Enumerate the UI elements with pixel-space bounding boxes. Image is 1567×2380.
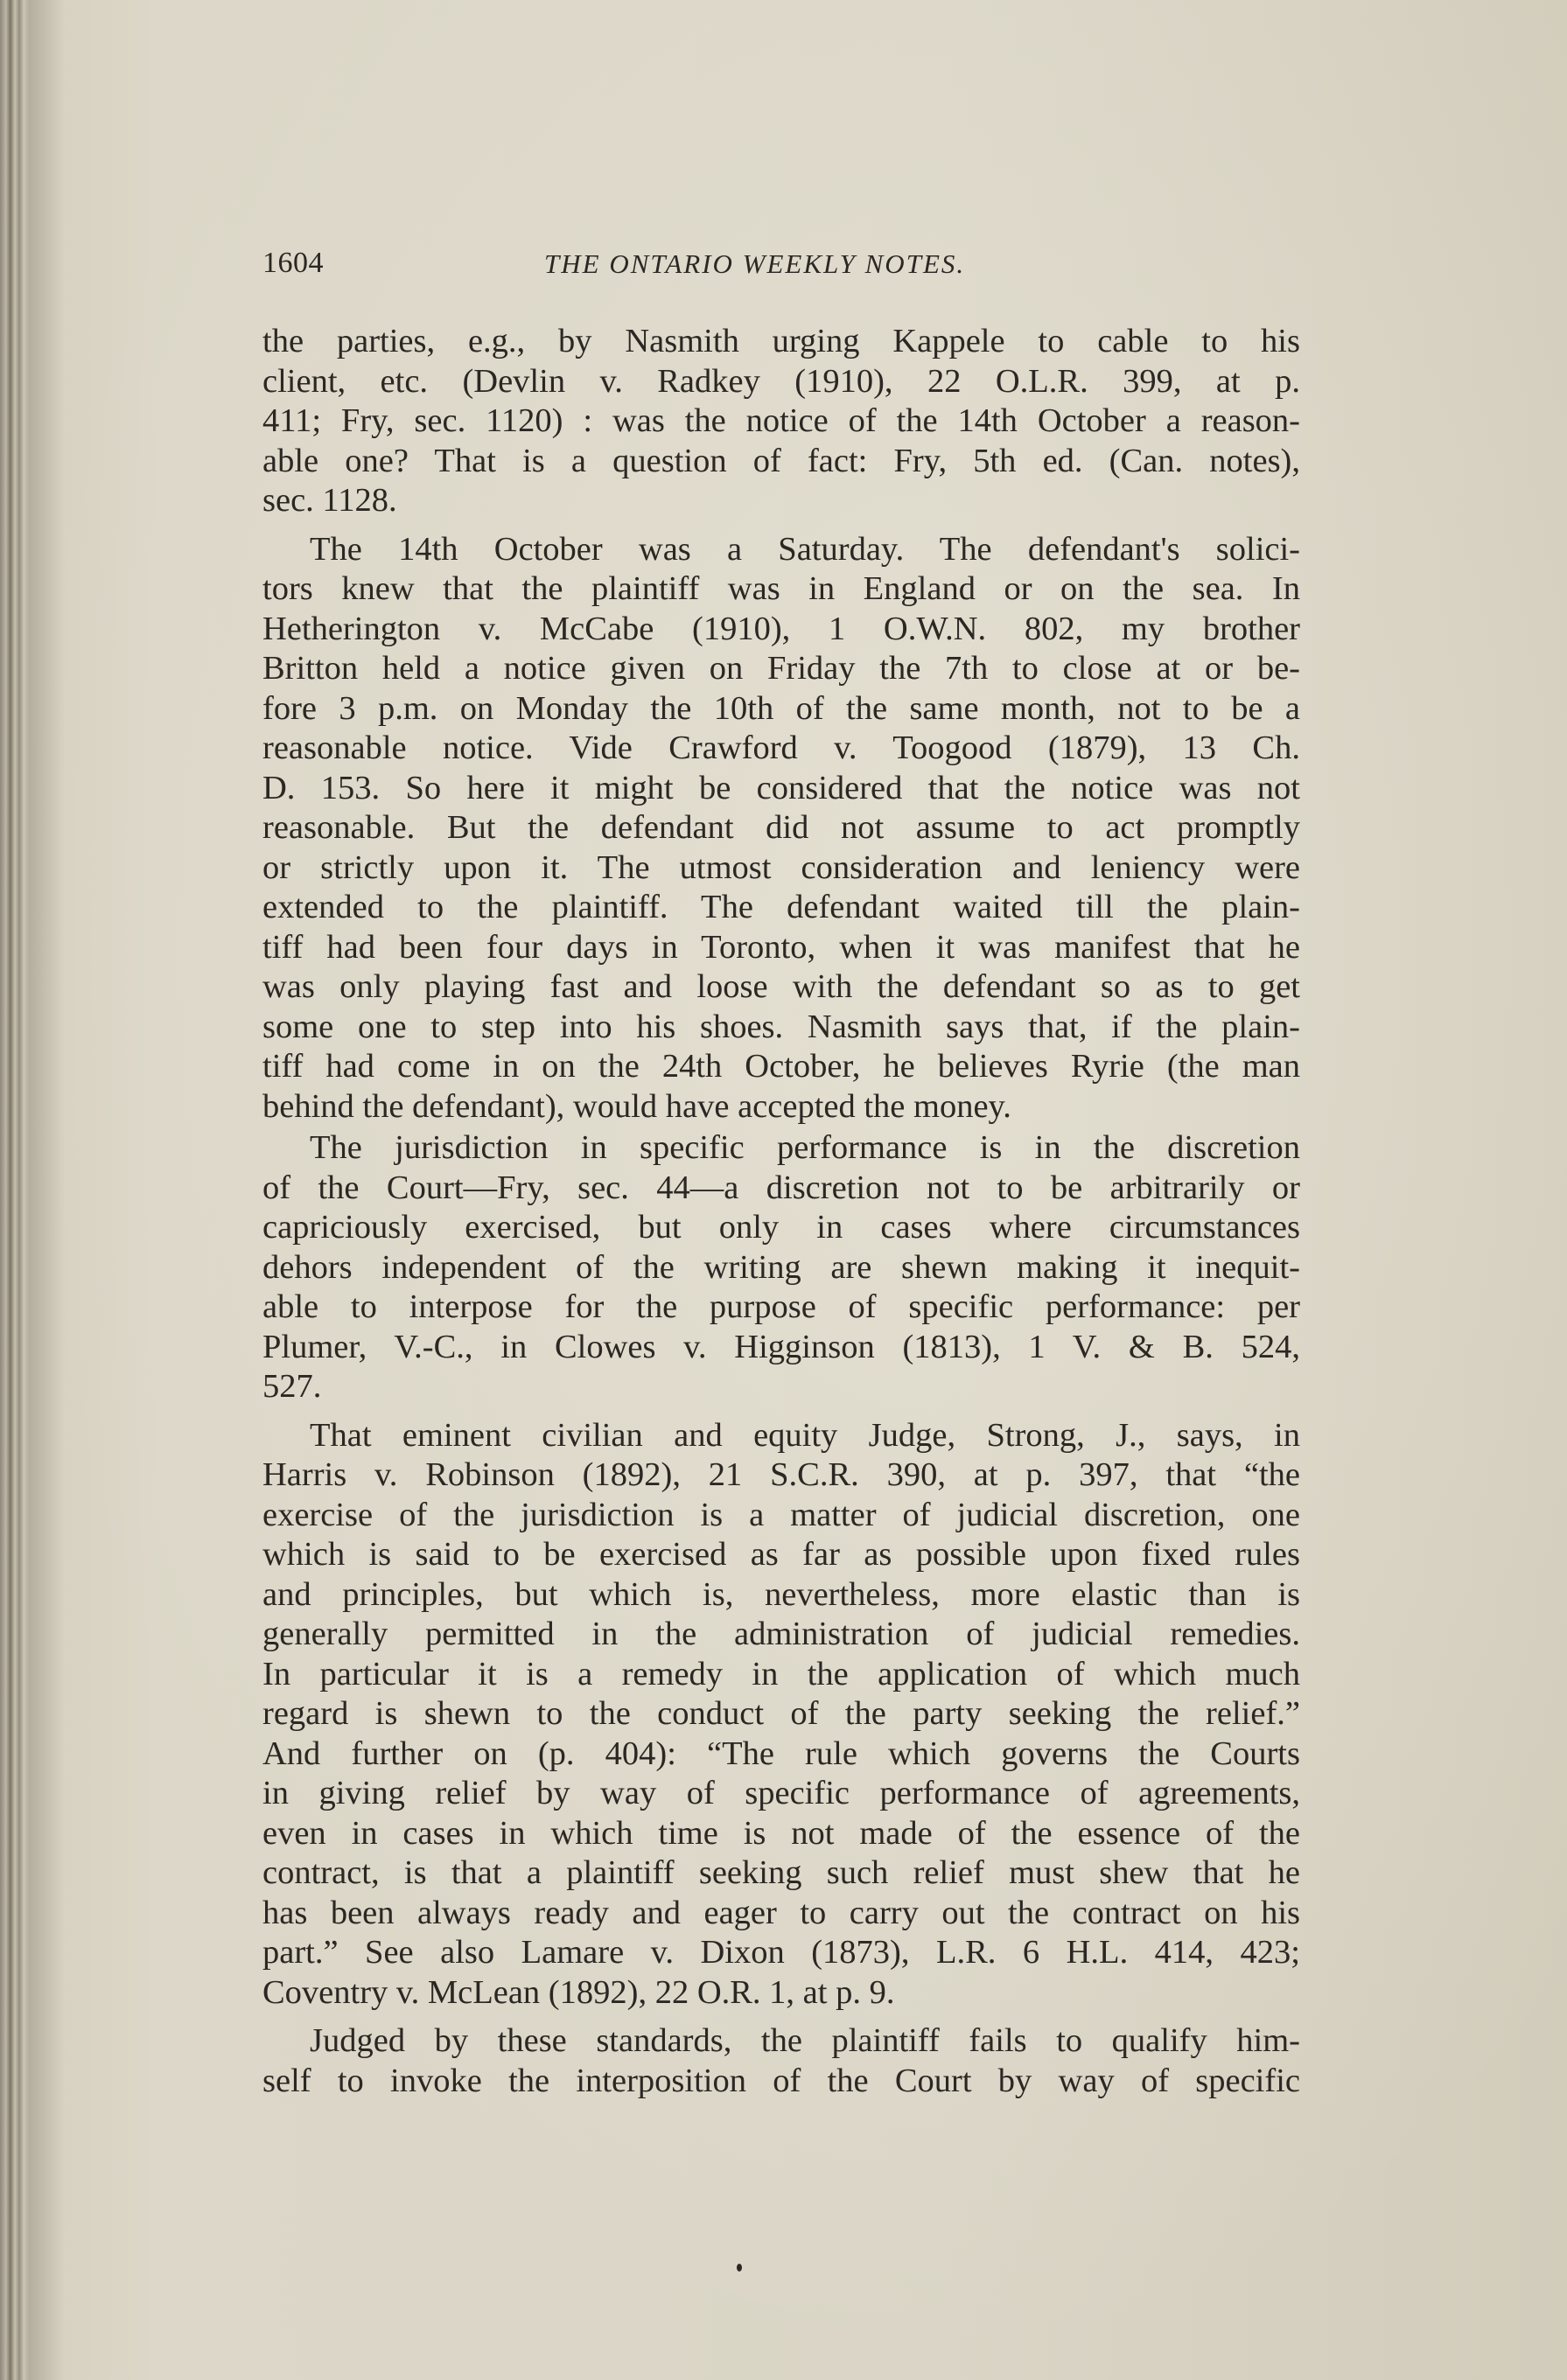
text-line: regard is shewn to the conduct of the pa… xyxy=(262,1694,1300,1734)
text-line: or strictly upon it. The utmost consider… xyxy=(262,848,1300,889)
book-binding-edge xyxy=(0,0,30,2380)
binding-shadow xyxy=(30,0,65,2380)
text-line: Harris v. Robinson (1892), 21 S.C.R. 390… xyxy=(262,1455,1300,1496)
text-line: Coventry v. McLean (1892), 22 O.R. 1, at… xyxy=(262,1973,1300,2014)
text-line: some one to step into his shoes. Nasmith… xyxy=(262,1008,1300,1048)
text-line: tiff had come in on the 24th October, he… xyxy=(262,1047,1300,1087)
paragraph-4: That eminent civilian and equity Judge, … xyxy=(262,1416,1300,2014)
text-line: dehors independent of the writing are sh… xyxy=(262,1248,1300,1288)
text-line: reasonable notice. Vide Crawford v. Toog… xyxy=(262,729,1300,769)
ink-speck xyxy=(737,2264,742,2272)
text-line: Hetherington v. McCabe (1910), 1 O.W.N. … xyxy=(262,610,1300,650)
text-line: has been always ready and eager to carry… xyxy=(262,1894,1300,1934)
text-line: Plumer, V.-C., in Clowes v. Higginson (1… xyxy=(262,1328,1300,1368)
text-line: tors knew that the plaintiff was in Engl… xyxy=(262,569,1300,610)
text-line: And further on (p. 404): “The rule which… xyxy=(262,1734,1300,1775)
text-line: extended to the plaintiff. The defendant… xyxy=(262,888,1300,928)
text-line: fore 3 p.m. on Monday the 10th of the sa… xyxy=(262,689,1300,729)
text-line: The jurisdiction in specific performance… xyxy=(262,1128,1300,1169)
text-line: able to interpose for the purpose of spe… xyxy=(262,1288,1300,1328)
text-line: was only playing fast and loose with the… xyxy=(262,967,1300,1008)
text-line: self to invoke the interposition of the … xyxy=(262,2062,1300,2102)
text-line: sec. 1128. xyxy=(262,481,1300,521)
body-text: the parties, e.g., by Nasmith urging Kap… xyxy=(262,322,1300,2103)
text-line: Britton held a notice given on Friday th… xyxy=(262,649,1300,689)
text-line: 411; Fry, sec. 1120) : was the notice of… xyxy=(262,401,1300,442)
text-line: tiff had been four days in Toronto, when… xyxy=(262,928,1300,968)
text-line: capriciously exercised, but only in case… xyxy=(262,1208,1300,1248)
text-line: Judged by these standards, the plaintiff… xyxy=(262,2021,1300,2062)
paragraph-2: The 14th October was a Saturday. The def… xyxy=(262,530,1300,1127)
running-title: THE ONTARIO WEEKLY NOTES. xyxy=(544,248,965,280)
text-line: contract, is that a plaintiff seeking su… xyxy=(262,1853,1300,1894)
text-line: exercise of the jurisdiction is a matter… xyxy=(262,1496,1300,1536)
paragraph-5: Judged by these standards, the plaintiff… xyxy=(262,2021,1300,2101)
text-line: in giving relief by way of specific perf… xyxy=(262,1774,1300,1814)
text-line: part.” See also Lamare v. Dixon (1873), … xyxy=(262,1933,1300,1973)
text-line: The 14th October was a Saturday. The def… xyxy=(262,530,1300,570)
paragraph-1: the parties, e.g., by Nasmith urging Kap… xyxy=(262,322,1300,521)
text-line: of the Court—Fry, sec. 44—a discretion n… xyxy=(262,1169,1300,1209)
text-line: client, etc. (Devlin v. Radkey (1910), 2… xyxy=(262,362,1300,402)
text-line: In particular it is a remedy in the appl… xyxy=(262,1655,1300,1695)
text-line: the parties, e.g., by Nasmith urging Kap… xyxy=(262,322,1300,362)
text-line: behind the defendant), would have accept… xyxy=(262,1087,1300,1127)
text-line: That eminent civilian and equity Judge, … xyxy=(262,1416,1300,1456)
text-line: even in cases in which time is not made … xyxy=(262,1814,1300,1854)
text-line: which is said to be exercised as far as … xyxy=(262,1535,1300,1575)
text-line: and principles, but which is, neverthele… xyxy=(262,1575,1300,1616)
text-line: D. 153. So here it might be considered t… xyxy=(262,769,1300,809)
text-line: generally permitted in the administratio… xyxy=(262,1615,1300,1655)
page-header: 1604 THE ONTARIO WEEKLY NOTES. xyxy=(262,247,1300,290)
page-number: 1604 xyxy=(262,247,324,280)
text-line: able one? That is a question of fact: Fr… xyxy=(262,442,1300,482)
text-line: reasonable. But the defendant did not as… xyxy=(262,808,1300,848)
text-line: 527. xyxy=(262,1367,1300,1407)
paragraph-3: The jurisdiction in specific performance… xyxy=(262,1128,1300,1407)
